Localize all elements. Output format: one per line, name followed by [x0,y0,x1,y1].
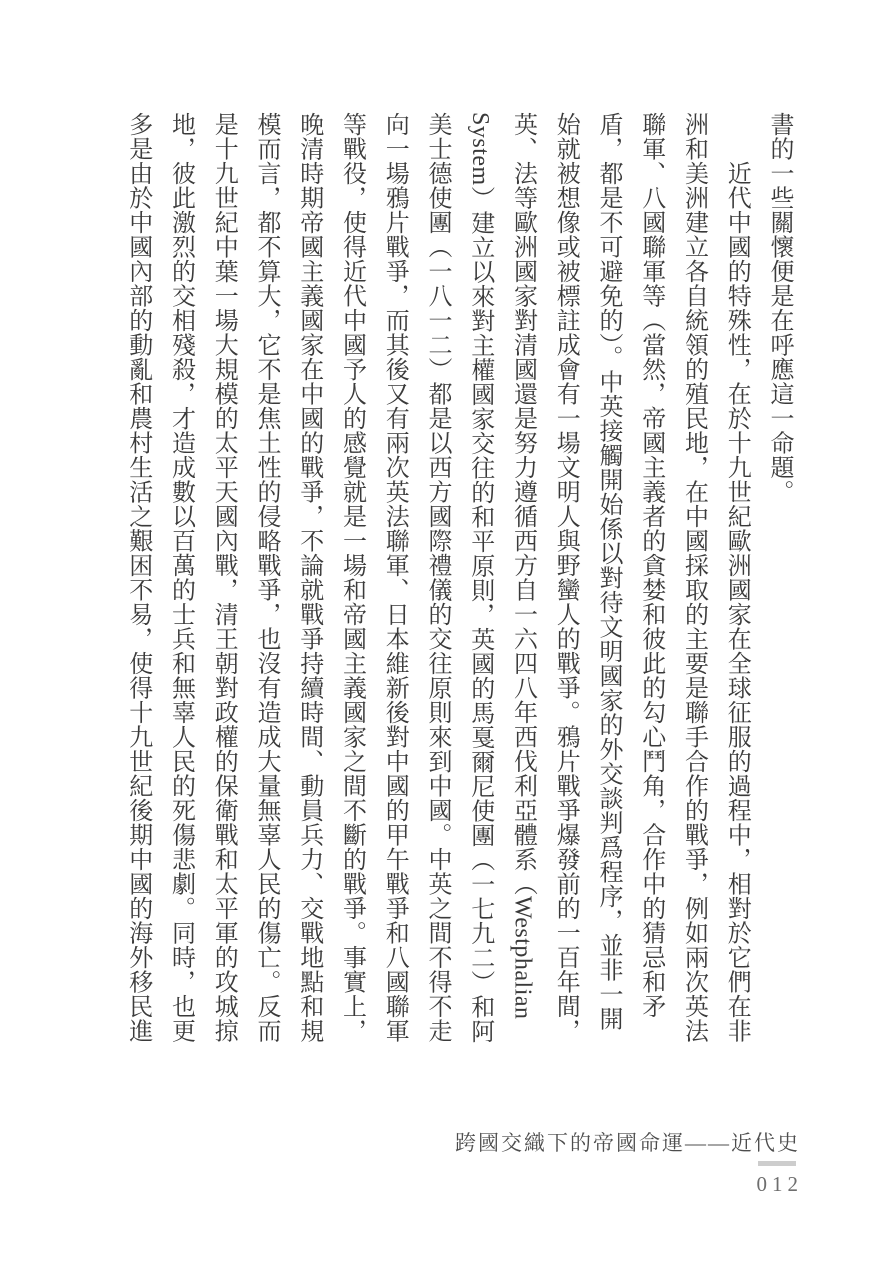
text-column-7: 英、法等歐洲國家對清國還是努力遵循西方自一六四八年西伐利亞體系（Westphal… [501,112,544,1042]
text-column-2: 近代中國的特殊性，在於十九世紀歐洲國家在全球征服的過程中，相對於它們在非 [715,112,758,1042]
text-column-5: 盾，都是不可避免的）。中英接觸開始係以對待文明國家的外交談判爲程序，並非一開 [586,112,629,1042]
page-body-text: 書的一些關懷便是在呼應這一命題。近代中國的特殊性，在於十九世紀歐洲國家在全球征服… [116,112,800,1042]
text-column-12: 晚清時期帝國主義國家在中國的戰爭，不論就戰爭持續時間、動員兵力、交戰地點和規 [287,112,330,1042]
text-column-3: 洲和美洲建立各自統領的殖民地，在中國採取的主要是聯手合作的戰爭，例如兩次英法 [672,112,715,1042]
text-column-10: 向一場鴉片戰爭，而其後又有兩次英法聯軍、日本維新後對中國的甲午戰爭和八國聯軍 [373,112,416,1042]
text-column-11: 等戰役，使得近代中國予人的感覺就是一場和帝國主義國家之間不斷的戰爭。事實上， [330,112,373,1042]
text-column-16: 多是由於中國內部的動亂和農村生活之艱困不易，使得十九世紀後期中國的海外移民進 [116,112,159,1042]
text-column-8: System）建立以來對主權國家交往的和平原則，英國的馬戛爾尼使團（一七九二）和… [458,112,501,1042]
text-column-9: 美士德使團（一八一二）都是以西方國際禮儀的交往原則來到中國。中英之間不得不走 [415,112,458,1042]
book-page: 書的一些關懷便是在呼應這一命題。近代中國的特殊性，在於十九世紀歐洲國家在全球征服… [0,0,895,1280]
text-column-13: 模而言，都不算大，它不是焦土性的侵略戰爭，也沒有造成大量無辜人民的傷亡。反而 [244,112,287,1042]
text-column-14: 是十九世紀中葉一場大規模的太平天國內戰，清王朝對政權的保衛戰和太平軍的攻城掠 [202,112,245,1042]
footer-divider [758,1161,796,1166]
text-column-6: 始就被想像或被標註成會有一場文明人與野蠻人的戰爭。鴉片戰爭爆發前的一百年間， [544,112,587,1042]
running-title: 跨國交織下的帝國命運——近代史 [455,1127,800,1157]
text-column-15: 地，彼此激烈的交相殘殺，才造成數以百萬的士兵和無辜人民的死傷悲劇。同時，也更 [159,112,202,1042]
text-column-1: 書的一些關懷便是在呼應這一命題。 [757,112,800,1042]
page-number: 012 [757,1172,804,1197]
text-column-4: 聯軍、八國聯軍等（當然，帝國主義者的貪婪和彼此的勾心鬥角，合作中的猜忌和矛 [629,112,672,1042]
